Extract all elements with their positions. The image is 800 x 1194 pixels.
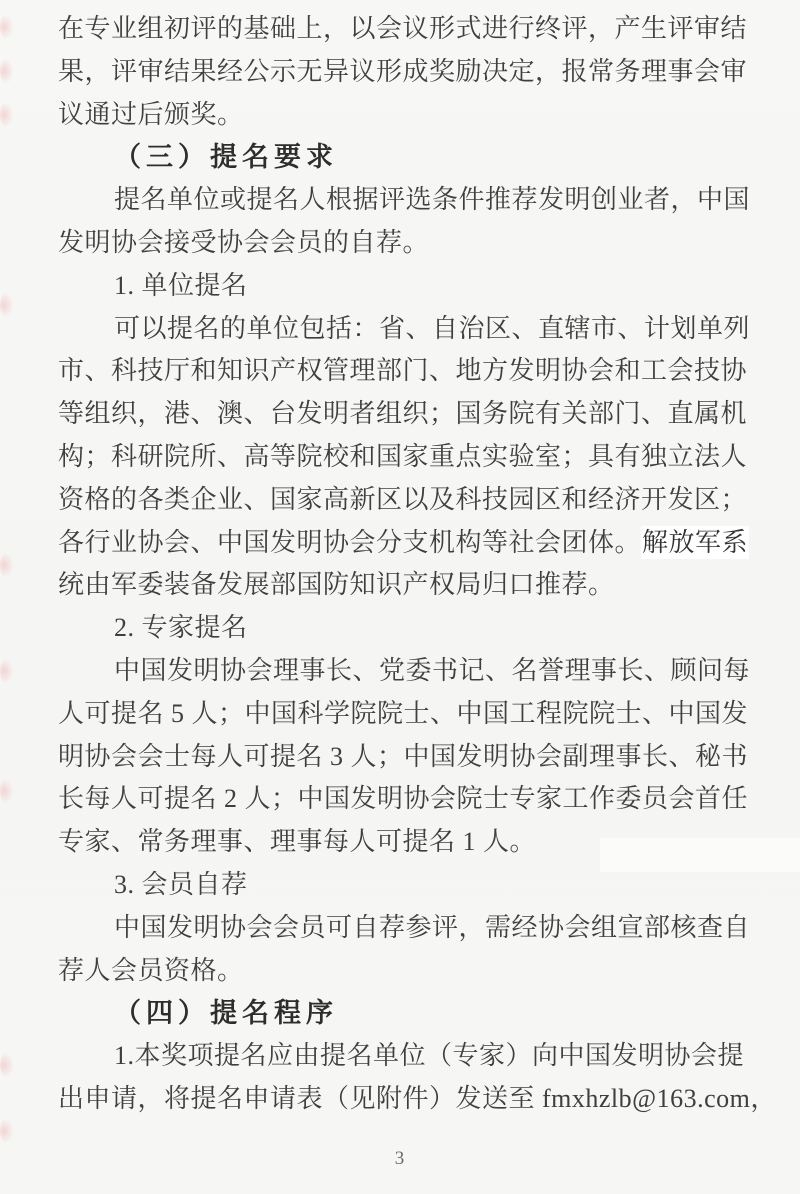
document-body: 在专业组初评的基础上，以会议形式进行终评，产生评审结果，评审结果经公示无异议形成…	[58, 8, 760, 1121]
text-line: 专家、常务理事、理事每人可提名 1 人。	[58, 821, 760, 864]
text-line: 发明协会接受协会会员的自荐。	[58, 222, 760, 265]
text-line: 市、科技厅和知识产权管理部门、地方发明协会和工会技协	[58, 350, 760, 393]
text-line: 统由军委装备发展部国防知识产权局归口推荐。	[58, 564, 760, 607]
text-line: 中国发明协会会员可自荐参评，需经协会组宣部核查自	[58, 907, 760, 950]
text-line: 长每人可提名 2 人；中国发明协会院士专家工作委员会首任	[58, 778, 760, 821]
text-segment: 各行业协会、中国发明协会分支机构等社会团体。	[58, 528, 641, 557]
scan-artifact	[0, 14, 14, 40]
text-line: 构；科研院所、高等院校和国家重点实验室；具有独立法人	[58, 436, 760, 479]
text-line: 在专业组初评的基础上，以会议形式进行终评，产生评审结	[58, 8, 760, 51]
text-line: 明协会会士每人可提名 3 人；中国发明协会副理事长、秘书	[58, 736, 760, 779]
scan-artifact	[0, 292, 14, 318]
corrected-text-patch: 解放军系	[641, 526, 749, 559]
text-line: 各行业协会、中国发明协会分支机构等社会团体。解放军系	[58, 522, 760, 565]
text-line: 资格的各类企业、国家高新区以及科技园区和经济开发区；	[58, 479, 760, 522]
text-line: 等组织，港、澳、台发明者组织；国务院有关部门、直属机	[58, 393, 760, 436]
text-line: 出申请，将提名申请表（见附件）发送至 fmxhzlb@163.com，	[58, 1078, 760, 1121]
text-line: 3. 会员自荐	[58, 864, 760, 907]
text-line: 荐人会员资格。	[58, 950, 760, 993]
text-line: 中国发明协会理事长、党委书记、名誉理事长、顾问每	[58, 650, 760, 693]
page-number: 3	[0, 1148, 800, 1170]
text-line: 果，评审结果经公示无异议形成奖励决定，报常务理事会审	[58, 51, 760, 94]
scan-artifact	[0, 658, 14, 684]
scan-artifact	[0, 552, 14, 578]
text-line: 议通过后颁奖。	[58, 94, 760, 137]
scan-artifact	[0, 58, 14, 84]
scan-artifact	[0, 1118, 14, 1144]
scanned-document-page: 在专业组初评的基础上，以会议形式进行终评，产生评审结果，评审结果经公示无异议形成…	[0, 0, 800, 1194]
text-line: 提名单位或提名人根据评选条件推荐发明创业者，中国	[58, 179, 760, 222]
text-line: 2. 专家提名	[58, 607, 760, 650]
text-line: 人可提名 5 人；中国科学院院士、中国工程院院士、中国发	[58, 693, 760, 736]
scan-artifact	[0, 102, 14, 128]
scan-artifact	[0, 1052, 14, 1078]
text-line: 1. 单位提名	[58, 265, 760, 308]
section-heading: （四）提名程序	[58, 992, 760, 1035]
text-line: 1.本奖项提名应由提名单位（专家）向中国发明协会提	[58, 1035, 760, 1078]
section-heading: （三）提名要求	[58, 136, 760, 179]
scan-artifact	[0, 778, 14, 804]
text-line: 可以提名的单位包括：省、自治区、直辖市、计划单列	[58, 308, 760, 351]
